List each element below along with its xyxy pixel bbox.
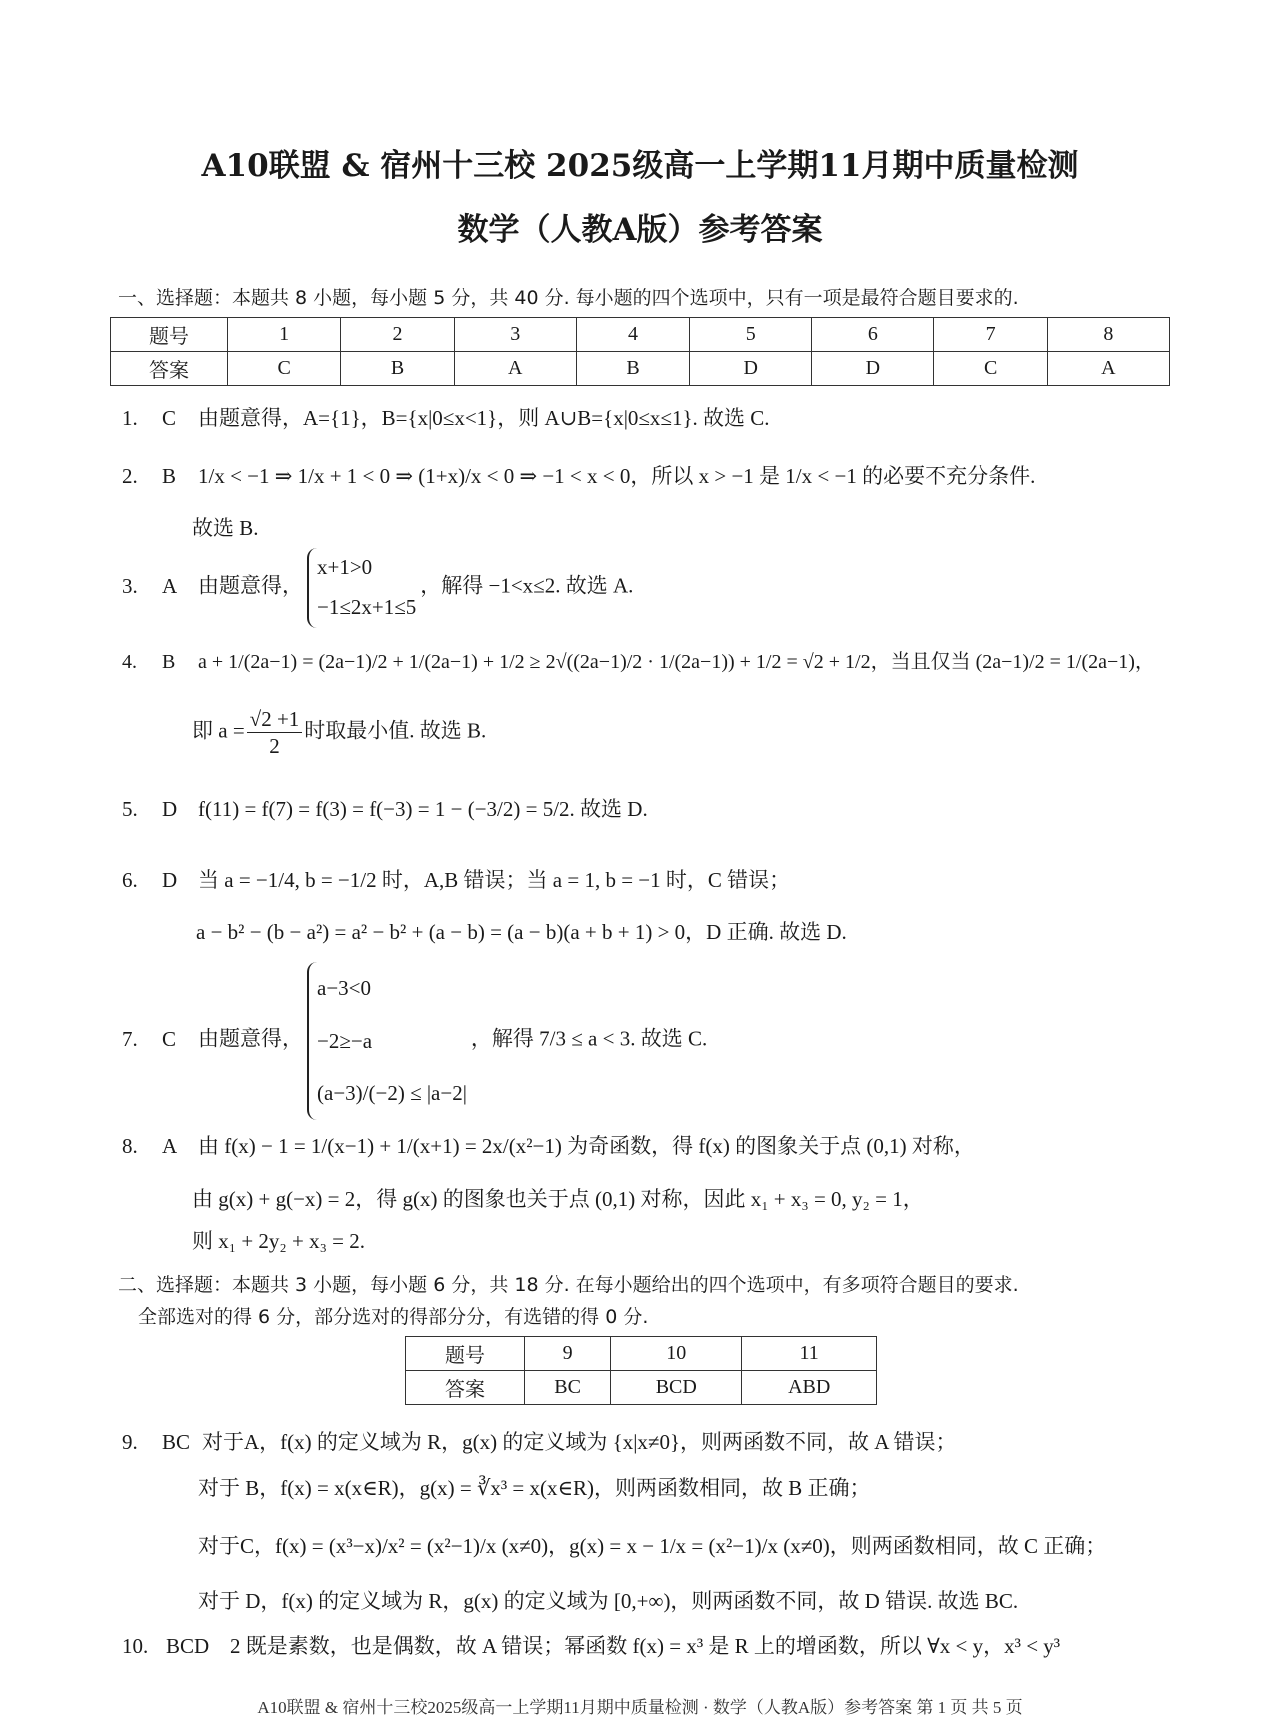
- table-cell: 6: [812, 318, 934, 352]
- solution-q9-option-c: 对于C，f(x) = (x³−x)/x² = (x²−1)/x (x≠0)，g(…: [198, 1530, 1106, 1560]
- table-cell: C: [934, 352, 1047, 386]
- section1-heading: 一、选择题：本题共 8 小题，每小题 5 分，共 40 分. 每小题的四个选项中…: [118, 283, 1019, 310]
- solution-q9: 9.BC对于A，f(x) 的定义域为 R，g(x) 的定义域为 {x|x≠0}，…: [122, 1426, 957, 1456]
- table-cell: 4: [576, 318, 689, 352]
- table-header-cell: 题号: [111, 318, 228, 352]
- table-cell: 10: [611, 1337, 742, 1371]
- solution-q2: 2.B1/x < −1 ⇒ 1/x + 1 < 0 ⇒ (1+x)/x < 0 …: [122, 460, 1035, 490]
- solution-q4: 4.Ba + 1/(2a−1) = (2a−1)/2 + 1/(2a−1) + …: [122, 645, 1155, 674]
- solution-q2-conclusion: 故选 B.: [192, 512, 259, 542]
- table-cell: 11: [742, 1337, 877, 1371]
- table-row-answers: 答案 BC BCD ABD: [406, 1371, 877, 1405]
- table-row-answers: 答案 C B A B D D C A: [111, 352, 1170, 386]
- table-header-cell: 答案: [111, 352, 228, 386]
- table-cell: D: [690, 352, 812, 386]
- table-cell: A: [454, 352, 576, 386]
- solution-q6-proof: a − b² − (b − a²) = a² − b² + (a − b) = …: [196, 916, 847, 946]
- table-cell: BC: [525, 1371, 611, 1405]
- table-header-cell: 答案: [406, 1371, 525, 1405]
- document-title: A10联盟 & 宿州十三校 2025级高一上学期11月期中质量检测: [0, 140, 1280, 185]
- equation-system: x+1>0−1≤2x+1≤5: [307, 548, 416, 628]
- table-cell: 9: [525, 1337, 611, 1371]
- solution-q3: 3.A由题意得，x+1>0−1≤2x+1≤5，解得 −1<x≤2. 故选 A.: [122, 548, 633, 628]
- page-footer: A10联盟 & 宿州十三校2025级高一上学期11月期中质量检测 · 数学（人教…: [0, 1693, 1280, 1718]
- table-cell: A: [1047, 352, 1169, 386]
- equation-system: a−3<0−2≥−a(a−3)/(−2) ≤ |a−2|: [307, 962, 467, 1120]
- solution-q8-result: 则 x₁ + 2y₂ + x₃ = 2.: [192, 1225, 365, 1255]
- solution-q4-minimum: 即 a =√2 +12时取最小值. 故选 B.: [192, 706, 486, 760]
- table-cell: 5: [690, 318, 812, 352]
- solution-q7: 7.C由题意得，a−3<0−2≥−a(a−3)/(−2) ≤ |a−2|，解得 …: [122, 962, 707, 1120]
- solution-q5: 5.Df(11) = f(7) = f(3) = f(−3) = 1 − (−3…: [122, 793, 648, 823]
- section2-scoring-note: 全部选对的得 6 分，部分选对的得部分分，有选错的得 0 分.: [138, 1302, 648, 1329]
- solution-q8: 8.A由 f(x) − 1 = 1/(x−1) + 1/(x+1) = 2x/(…: [122, 1130, 975, 1160]
- table-cell: C: [228, 352, 341, 386]
- table-row-numbers: 题号 1 2 3 4 5 6 7 8: [111, 318, 1170, 352]
- solution-q10: 10.BCD2 既是素数，也是偶数，故 A 错误；幂函数 f(x) = x³ 是…: [122, 1630, 1060, 1660]
- table-cell: 8: [1047, 318, 1169, 352]
- table-cell: 2: [341, 318, 454, 352]
- solution-q1: 1.C由题意得，A={1}，B={x|0≤x<1}，则 A∪B={x|0≤x≤1…: [122, 402, 770, 432]
- section2-answer-table: 题号 9 10 11 答案 BC BCD ABD: [405, 1336, 877, 1405]
- solution-q6: 6.D当 a = −1/4, b = −1/2 时，A,B 错误；当 a = 1…: [122, 864, 790, 894]
- section2-heading: 二、选择题：本题共 3 小题，每小题 6 分，共 18 分. 在每小题给出的四个…: [118, 1270, 1019, 1297]
- table-header-cell: 题号: [406, 1337, 525, 1371]
- table-cell: 3: [454, 318, 576, 352]
- solution-q9-option-b: 对于 B，f(x) = x(x∈R)，g(x) = ∛x³ = x(x∈R)，则…: [198, 1472, 871, 1502]
- document-subtitle: 数学（人教A版）参考答案: [0, 204, 1280, 249]
- answer-key-page: A10联盟 & 宿州十三校 2025级高一上学期11月期中质量检测 数学（人教A…: [0, 0, 1280, 1725]
- solution-q8-symmetry: 由 g(x) + g(−x) = 2，得 g(x) 的图象也关于点 (0,1) …: [192, 1183, 924, 1213]
- fraction: √2 +12: [247, 706, 303, 760]
- table-cell: 7: [934, 318, 1047, 352]
- table-cell: D: [812, 352, 934, 386]
- table-cell: 1: [228, 318, 341, 352]
- table-cell: ABD: [742, 1371, 877, 1405]
- table-cell: BCD: [611, 1371, 742, 1405]
- table-cell: B: [341, 352, 454, 386]
- section1-answer-table: 题号 1 2 3 4 5 6 7 8 答案 C B A B D D C A: [110, 317, 1170, 386]
- table-cell: B: [576, 352, 689, 386]
- table-row-numbers: 题号 9 10 11: [406, 1337, 877, 1371]
- solution-q9-option-d: 对于 D，f(x) 的定义域为 R，g(x) 的定义域为 [0,+∞)，则两函数…: [198, 1585, 1018, 1615]
